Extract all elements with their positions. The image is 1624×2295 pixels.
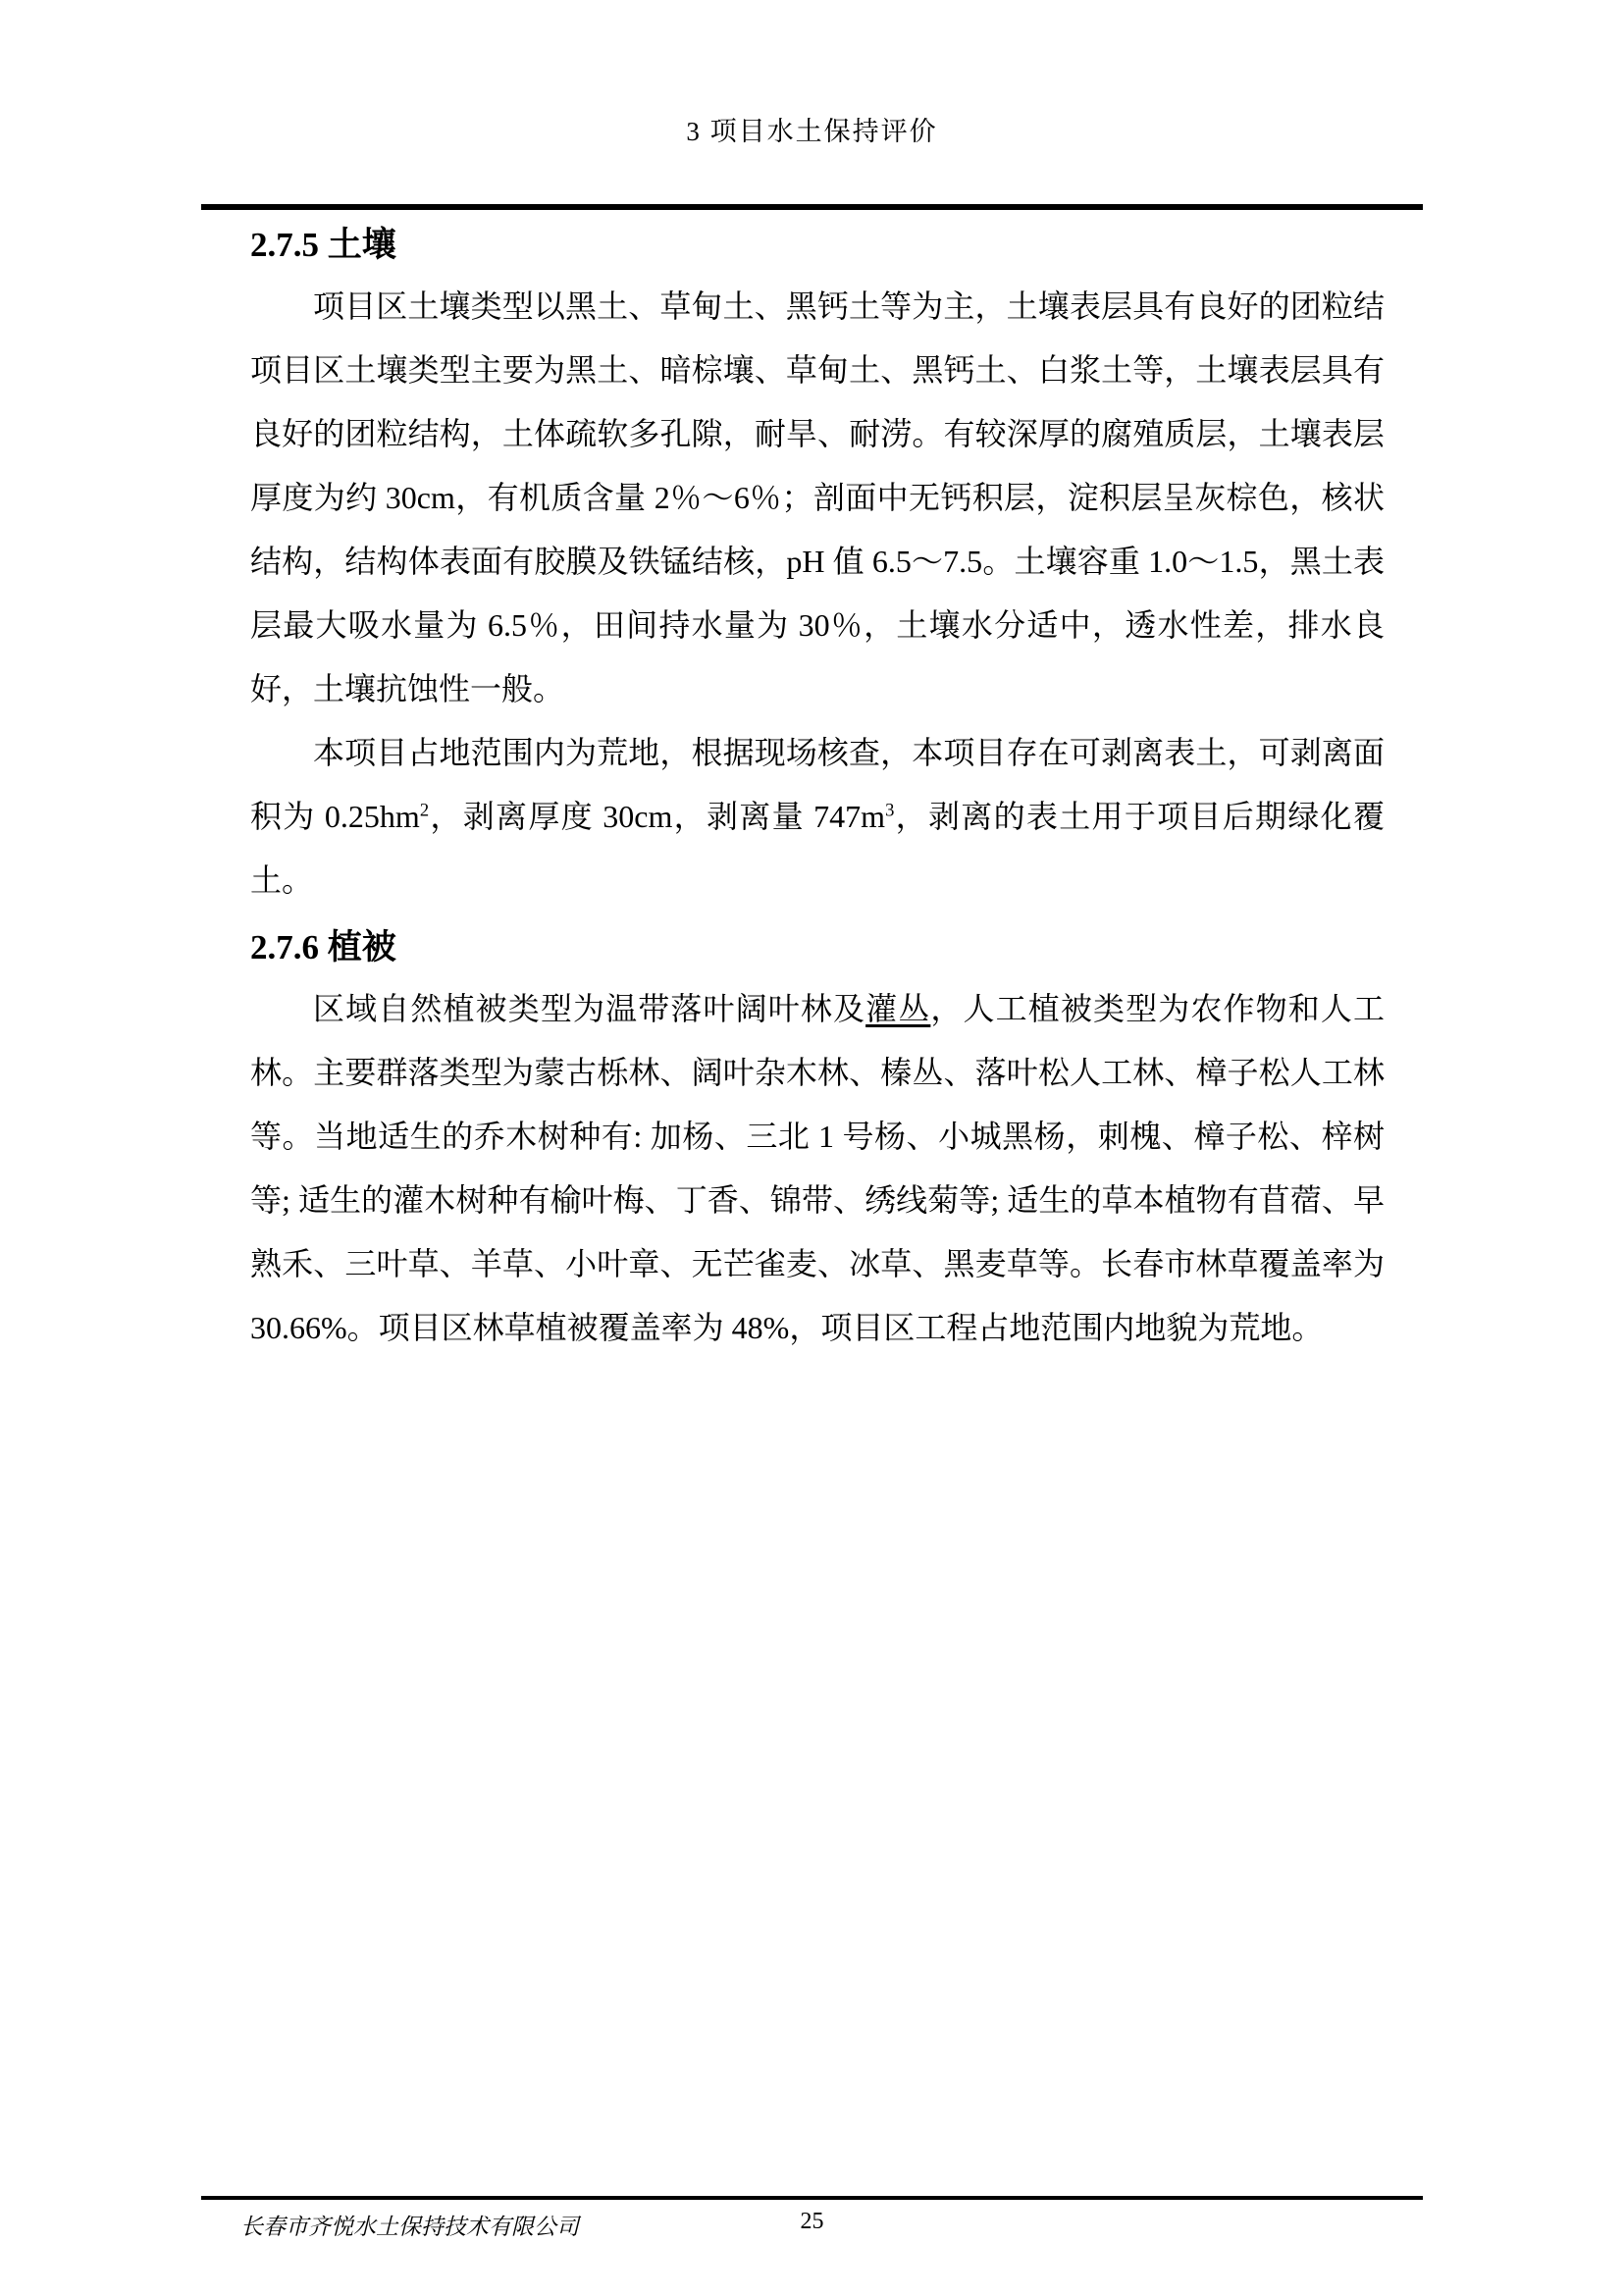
text-run: 项目区土壤类型以黑土、草甸土、黑钙土等为主，土壤表层具有良好的团粒结项目区土壤类… [250,288,1385,706]
sections: 2.7.5 土壤项目区土壤类型以黑土、草甸土、黑钙土等为主，土壤表层具有良好的团… [250,220,1385,1360]
page-footer: 长春市齐悦水土保持技术有限公司 25 [201,2196,1423,2242]
text-run: 区域自然植被类型为温带落叶阔叶林及 [313,991,865,1026]
header-rule [201,204,1423,210]
section-heading: 2.7.6 植被 [250,922,1385,973]
paragraph: 项目区土壤类型以黑土、草甸土、黑钙土等为主，土壤表层具有良好的团粒结项目区土壤类… [250,275,1385,721]
superscript-text: 2 [420,800,429,820]
footer-row: 长春市齐悦水土保持技术有限公司 25 [201,2209,1423,2242]
running-header-title: 3 项目水土保持评价 [0,114,1624,149]
superscript-text: 3 [885,800,894,820]
paragraph: 区域自然植被类型为温带落叶阔叶林及灌丛，人工植被类型为农作物和人工林。主要群落类… [250,977,1385,1360]
text-run: ，人工植被类型为农作物和人工林。主要群落类型为蒙古栎林、阔叶杂木林、榛丛、落叶松… [250,991,1385,1345]
underlined-text: 灌丛 [865,991,930,1026]
section-heading: 2.7.5 土壤 [250,220,1385,271]
text-run: ，剥离厚度 30cm，剥离量 747m [429,799,885,834]
paragraph: 本项目占地范围内为荒地，根据现场核查，本项目存在可剥离表土，可剥离面积为 0.2… [250,721,1385,913]
footer-page-number: 25 [201,2209,1423,2235]
document-page: 3 项目水土保持评价 2.7.5 土壤项目区土壤类型以黑土、草甸土、黑钙土等为主… [0,0,1624,2295]
